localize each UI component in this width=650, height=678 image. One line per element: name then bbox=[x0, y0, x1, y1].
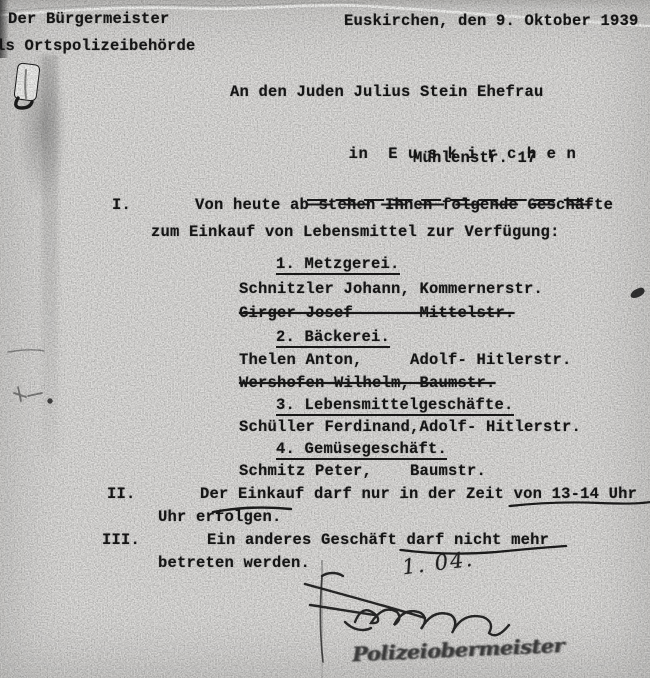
paper-grain bbox=[0, 0, 650, 678]
scanned-document-page: Der Bürgermeister ls Ortspolizeibehörde … bbox=[0, 0, 650, 678]
